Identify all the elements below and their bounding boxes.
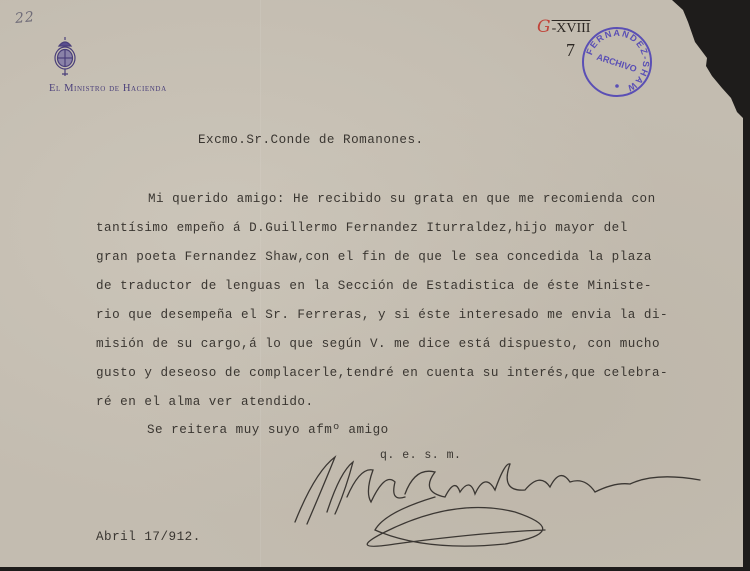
body-line: gran poeta Fernandez Shaw,con el fin de … [96, 250, 652, 264]
archive-stamp-icon: FERNANDEZ-SHAW ARCHIVO [581, 26, 653, 98]
signature-icon [285, 452, 725, 552]
body-line: de traductor de lenguas en la Sección de… [96, 279, 652, 293]
body-line: Mi querido amigo: He recibido su grata e… [148, 192, 656, 206]
body-line: tantísimo empeño á D.Guillermo Fernandez… [96, 221, 628, 235]
body-line: misión de su cargo,á lo que según V. me … [96, 337, 660, 351]
royal-coat-of-arms-icon [52, 36, 78, 80]
letter-date: Abril 17/912. [96, 530, 201, 544]
archive-code-prefix: G [537, 17, 551, 37]
body-line: gusto y deseoso de complacerle,tendré en… [96, 366, 668, 380]
body-line: ré en el alma ver atendido. [96, 395, 314, 409]
archive-item-number: 7 [566, 40, 575, 61]
letterhead-title: El Ministro de Hacienda [49, 83, 167, 94]
salutation: Excmo.Sr.Conde de Romanones. [198, 133, 424, 147]
body-line: rio que desempeña el Sr. Ferreras, y si … [96, 308, 668, 322]
pencil-annotation: 22 [14, 9, 35, 27]
letter-paper: 22 El Ministro de Hacienda G-XVIII 7 FER… [0, 0, 743, 567]
closing: Se reitera muy suyo afmº amigo [147, 423, 389, 437]
svg-text:ARCHIVO: ARCHIVO [595, 52, 638, 74]
